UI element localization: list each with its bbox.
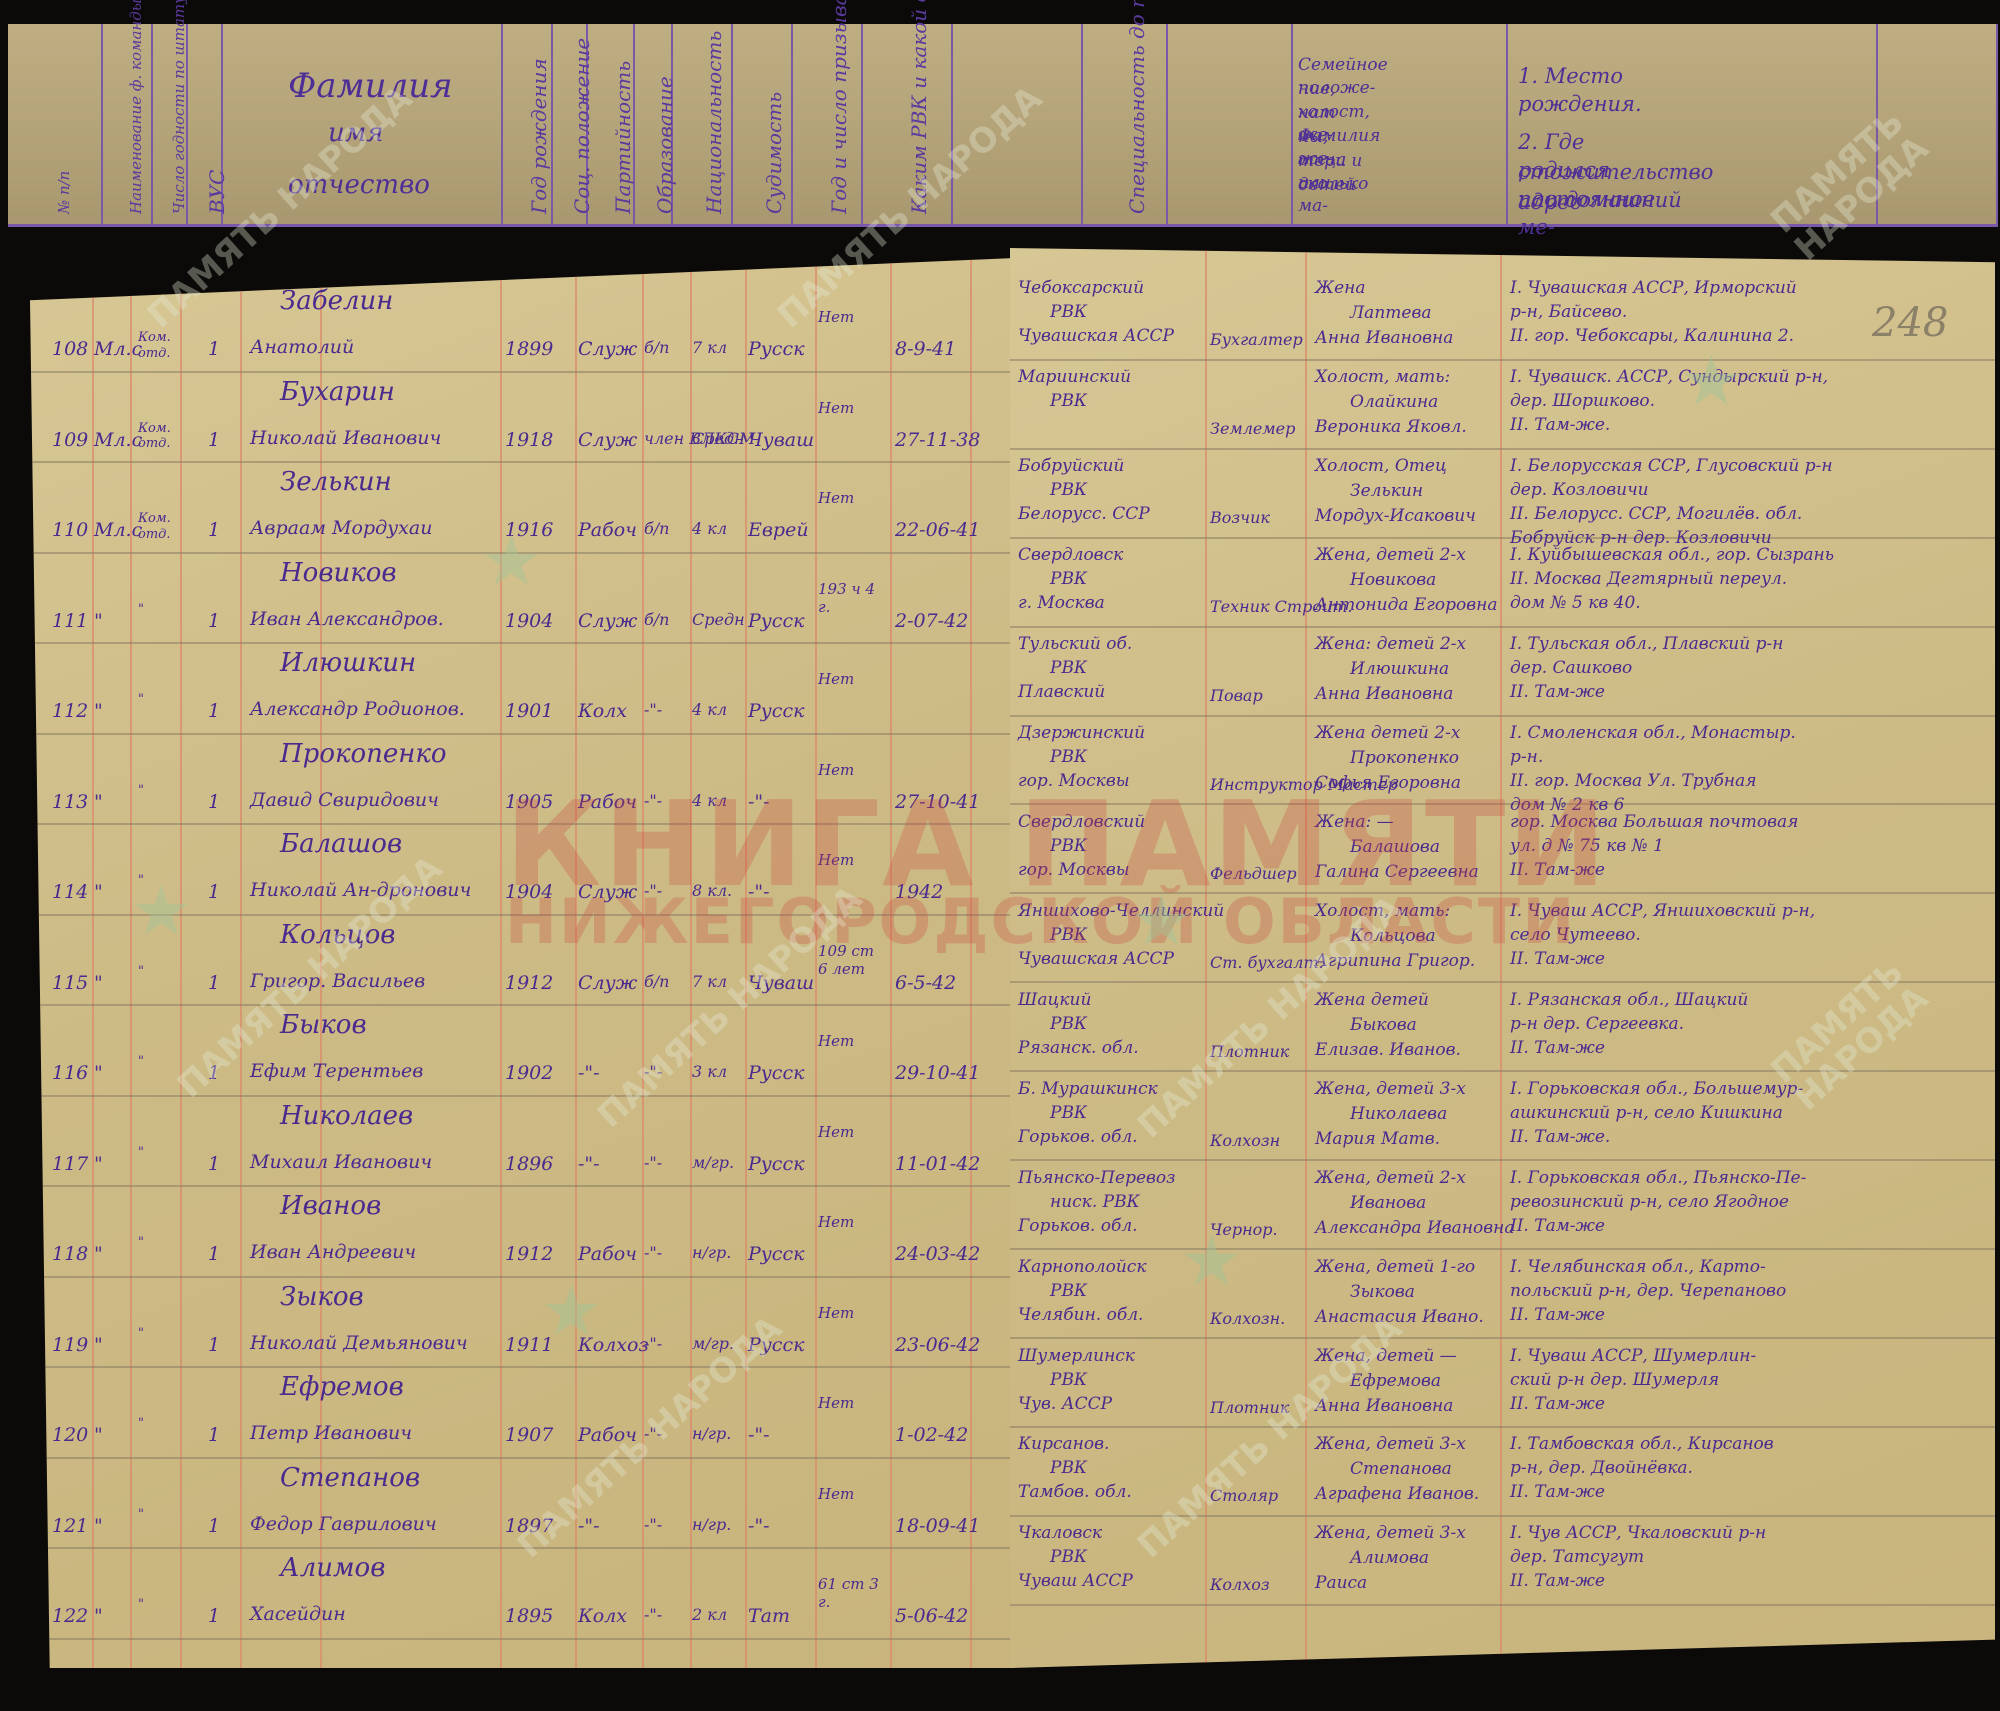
nationality: Русск xyxy=(748,1243,804,1265)
post-cell: Ком. отд. xyxy=(138,421,178,452)
draft-date: 1-02-42 xyxy=(895,1424,968,1446)
row-number: 114 xyxy=(52,881,88,903)
row-number: 119 xyxy=(52,1334,88,1356)
address-line: II. гор. Чебоксары, Калинина 2. xyxy=(1510,324,1794,349)
education: 4 кл xyxy=(692,519,727,538)
party-status: -"- xyxy=(644,1334,662,1353)
row-number: 122 xyxy=(52,1605,88,1627)
rvk-line: РВК xyxy=(1050,300,1087,325)
table-row: Алимов122""1Хасейдин1895Колх-"-2 клТат61… xyxy=(30,1555,1015,1645)
header-label: Судимость xyxy=(762,92,786,214)
first-patronymic: Николай Иванович xyxy=(250,427,441,449)
first-patronymic: Николай Демьянович xyxy=(250,1332,468,1354)
rvk-line: РВК xyxy=(1050,567,1087,592)
family-line: Анна Ивановна xyxy=(1315,682,1453,707)
draft-date: 23-06-42 xyxy=(895,1334,980,1356)
table-row: Илюшкин112""1Александр Родионов.1901Колх… xyxy=(30,650,1015,740)
rvk-line: Пьянско-Перевоз xyxy=(1018,1166,1175,1191)
rvk-line: Чебоксарский xyxy=(1018,276,1144,301)
address-line: I. Тамбовская обл., Кирсанов xyxy=(1510,1432,1774,1457)
address-line: II. Там-же xyxy=(1510,1303,1605,1328)
address-line: II. Белорусс. ССР, Могилёв. обл. xyxy=(1510,502,1802,527)
star-icon: ★ xyxy=(540,1270,603,1352)
party-status: -"- xyxy=(644,1243,662,1262)
family-line: Жена, детей 2-х xyxy=(1315,1166,1466,1191)
rank-cell: " xyxy=(94,1334,103,1356)
address-line: ский р-н дер. Шумерля xyxy=(1510,1368,1719,1393)
rvk-line: Чуваш АССР xyxy=(1018,1569,1133,1594)
rank-cell: " xyxy=(94,700,103,722)
family-line: Иванова xyxy=(1350,1191,1426,1216)
post-cell: Ком. отд. xyxy=(138,511,178,542)
rvk-line: РВК xyxy=(1050,656,1087,681)
family-line: Жена, детей 3-х xyxy=(1315,1432,1466,1457)
first-patronymic: Хасейдин xyxy=(250,1603,346,1625)
post-cell: " xyxy=(138,1326,178,1342)
rvk-line: РВК xyxy=(1050,1279,1087,1304)
family-line: Александра Ивановна xyxy=(1315,1216,1514,1241)
address-line: II. Москва Дегтярный переул. xyxy=(1510,567,1787,592)
row-number: 113 xyxy=(52,791,88,813)
family-line: Жена детей xyxy=(1315,988,1429,1013)
social-status: Рабоч xyxy=(578,1243,637,1265)
nationality: -"- xyxy=(748,1515,770,1537)
rvk-line: Плавский xyxy=(1018,680,1105,705)
first-patronymic: Иван Александров. xyxy=(250,608,444,630)
rvk-line: РВК xyxy=(1050,1456,1087,1481)
conviction: Нет xyxy=(818,1304,888,1322)
row-number: 117 xyxy=(52,1153,88,1175)
header-label: № п/п xyxy=(55,171,73,214)
address-line: дер. Козловичи xyxy=(1510,478,1649,503)
vus-cell: 1 xyxy=(208,1334,220,1356)
birth-year: 1904 xyxy=(505,610,553,632)
family-line: Холост, Отец xyxy=(1315,454,1447,479)
surname-text: Николаев xyxy=(280,1101,413,1131)
birth-year: 1895 xyxy=(505,1605,553,1627)
rvk-line: Чув. АССР xyxy=(1018,1392,1112,1417)
address-line: I. Чув АССР, Чкаловский р-н xyxy=(1510,1521,1766,1546)
party-status: -"- xyxy=(644,700,662,719)
first-patronymic: Иван Андреевич xyxy=(250,1241,416,1263)
address-line: II. Там-же xyxy=(1510,1392,1605,1417)
conviction: Нет xyxy=(818,308,888,326)
address-line: I. Смоленская обл., Монастыр. xyxy=(1510,721,1796,746)
nationality: Русск xyxy=(748,338,804,360)
family-line: Жена, детей 3-х xyxy=(1315,1077,1466,1102)
post-cell: " xyxy=(138,1597,178,1613)
col-family xyxy=(1168,24,1293,224)
party-status: б/п xyxy=(644,972,669,991)
table-row: Ефремов120""1Петр Иванович1907Рабоч-"-н/… xyxy=(30,1374,1015,1464)
family-line: Зыкова xyxy=(1350,1280,1415,1305)
family-line: Вероника Яковл. xyxy=(1315,415,1467,440)
rvk-line: Горьков. обл. xyxy=(1018,1214,1138,1239)
address-line: I. Чуваш АССР, Шумерлин- xyxy=(1510,1344,1756,1369)
rank-cell: " xyxy=(94,1424,103,1446)
rvk-line: г. Москва xyxy=(1018,591,1105,616)
star-icon: ★ xyxy=(130,870,193,952)
post-cell: " xyxy=(138,1054,178,1070)
col-num: № п/п xyxy=(8,24,103,224)
table-row-right: КарнополойскРВКЧелябин. обл.Колхозн.Жена… xyxy=(1010,1255,1995,1348)
rvk-line: Свердловск xyxy=(1018,543,1123,568)
rvk-line: Тамбов. обл. xyxy=(1018,1480,1132,1505)
address-line: II. Там-же. xyxy=(1510,1125,1610,1150)
header-label: Специальность до призыва xyxy=(1125,0,1149,214)
star-icon: ★ xyxy=(1680,340,1743,422)
rank-cell: " xyxy=(94,972,103,994)
party-status: б/п xyxy=(644,519,669,538)
address-line: р-н, Байсево. xyxy=(1510,300,1627,325)
surname-text: Новиков xyxy=(280,558,397,588)
table-row-right: СвердловскРВКг. МоскваТехник Строит.Жена… xyxy=(1010,543,1995,636)
draft-date: 11-01-42 xyxy=(895,1153,980,1175)
conviction: Нет xyxy=(818,1213,888,1231)
social-status: Служ xyxy=(578,972,637,994)
conviction: Нет xyxy=(818,1123,888,1141)
specialty: Повар xyxy=(1210,684,1263,707)
pencil-page-number: 248 xyxy=(1872,300,1948,346)
education: 3 кл xyxy=(692,1062,727,1081)
post-cell: " xyxy=(138,783,178,799)
address-line: I. Белорусская ССР, Глусовский р-н xyxy=(1510,454,1833,479)
conviction: 61 ст 3 г. xyxy=(818,1575,888,1611)
vus-cell: 1 xyxy=(208,881,220,903)
family-line: Илюшкина xyxy=(1350,657,1449,682)
education: н/гр. xyxy=(692,1424,731,1443)
col-nationality: Национальность xyxy=(673,24,733,224)
birth-year: 1907 xyxy=(505,1424,553,1446)
family-line: Жена xyxy=(1315,276,1366,301)
family-line: Мордух-Исакович xyxy=(1315,504,1476,529)
education: м/гр. xyxy=(692,1153,734,1172)
rvk-line: РВК xyxy=(1050,1012,1087,1037)
surname-text: Иванов xyxy=(280,1191,381,1221)
draft-date: 22-06-41 xyxy=(895,519,980,541)
rank-cell: Мл.с xyxy=(94,338,142,360)
address-line: дер. Татсугут xyxy=(1510,1545,1644,1570)
address-line: дер. Шоршково. xyxy=(1510,389,1655,414)
rvk-line: РВК xyxy=(1050,1101,1087,1126)
surname-text: Илюшкин xyxy=(280,648,416,678)
birth-year: 1901 xyxy=(505,700,553,722)
birth-year: 1918 xyxy=(505,429,553,451)
nationality: Русск xyxy=(748,1153,804,1175)
table-row-right: Тульский об.РВКПлавскийПоварЖена: детей … xyxy=(1010,632,1995,725)
party-status: б/п xyxy=(644,610,669,629)
vus-cell: 1 xyxy=(208,972,220,994)
rank-cell: " xyxy=(94,1243,103,1265)
rvk-line: Чувашская АССР xyxy=(1018,324,1174,349)
table-row-right: МариинскийРВКЗемлемерХолост, мать:Олайки… xyxy=(1010,365,1995,458)
star-icon: ★ xyxy=(480,520,543,602)
conviction: 193 ч 4 г. xyxy=(818,580,888,616)
surname-text: Балашов xyxy=(280,829,402,859)
family-line: Алимова xyxy=(1350,1546,1429,1571)
family-line: Новикова xyxy=(1350,568,1436,593)
col-vus: ВУС xyxy=(188,24,223,224)
table-row: Зыков119""1Николай Демьянович1911Колхоз-… xyxy=(30,1284,1015,1374)
rank-cell: " xyxy=(94,1153,103,1175)
row-number: 109 xyxy=(52,429,88,451)
first-patronymic: Петр Иванович xyxy=(250,1422,412,1444)
rank-cell: " xyxy=(94,1515,103,1537)
table-row-right: ШумерлинскРВКЧув. АССРПлотникЖена, детей… xyxy=(1010,1344,1995,1437)
col-specialty: Специальность до призыва xyxy=(1083,24,1168,224)
birth-year: 1912 xyxy=(505,1243,553,1265)
family-line: Жена, детей 1-го xyxy=(1315,1255,1475,1280)
social-status: Рабоч xyxy=(578,519,637,541)
conviction: Нет xyxy=(818,489,888,507)
rvk-line: РВК xyxy=(1050,478,1087,503)
row-number: 116 xyxy=(52,1062,88,1084)
surname-text: Забелин xyxy=(280,286,393,316)
specialty: Возчик xyxy=(1210,506,1270,529)
vus-cell: 1 xyxy=(208,429,220,451)
surname-text: Ефремов xyxy=(280,1372,404,1402)
address-line: I. Рязанская обл., Шацкий xyxy=(1510,988,1748,1013)
table-row-right: ЧебоксарскийРВКЧувашская АССРБухгалтерЖе… xyxy=(1010,276,1995,369)
table-row: Николаев117""1Михаил Иванович1896-"--"-м… xyxy=(30,1103,1015,1193)
family-line: Антонида Егоровна xyxy=(1315,593,1497,618)
rvk-line: РВК xyxy=(1050,745,1087,770)
education: н/гр. xyxy=(692,1515,731,1534)
draft-date: 18-09-41 xyxy=(895,1515,980,1537)
party-status: -"- xyxy=(644,1605,662,1624)
vus-cell: 1 xyxy=(208,1424,220,1446)
rank-cell: " xyxy=(94,881,103,903)
row-number: 112 xyxy=(52,700,88,722)
header-label: Партийность xyxy=(611,61,635,214)
draft-date: 27-11-38 xyxy=(895,429,980,451)
header-family-line: детей xyxy=(1298,174,1356,197)
draft-date: 24-03-42 xyxy=(895,1243,980,1265)
address-line: I. Куйбышевская обл., гор. Сызрань xyxy=(1510,543,1834,568)
rvk-line: Чкаловск xyxy=(1018,1521,1102,1546)
first-patronymic: Михаил Иванович xyxy=(250,1151,432,1173)
social-status: -"- xyxy=(578,1153,600,1175)
rvk-line: РВК xyxy=(1050,1368,1087,1393)
social-status: Служ xyxy=(578,429,637,451)
address-line: II. Там-же xyxy=(1510,1480,1605,1505)
rvk-line: Шумерлинск xyxy=(1018,1344,1135,1369)
conviction: Нет xyxy=(818,1394,888,1412)
vus-cell: 1 xyxy=(208,519,220,541)
rvk-line: Белорусс. ССР xyxy=(1018,502,1150,527)
rvk-line: Карнополойск xyxy=(1018,1255,1146,1280)
post-cell: " xyxy=(138,1416,178,1432)
rvk-line: Челябин. обл. xyxy=(1018,1303,1143,1328)
rank-cell: " xyxy=(94,1062,103,1084)
address-line: I. Горьковская обл., Пьянско-Пе- xyxy=(1510,1166,1806,1191)
surname-text: Зелькин xyxy=(280,467,392,497)
rvk-line: Б. Мурашкинск xyxy=(1018,1077,1158,1102)
address-line: р-н дер. Сергеевка. xyxy=(1510,1012,1684,1037)
education: Средн xyxy=(692,429,745,448)
first-patronymic: Авраам Мордухаи xyxy=(250,517,432,539)
col-education: Образование xyxy=(635,24,673,224)
nationality: -"- xyxy=(748,1424,770,1446)
row-number: 108 xyxy=(52,338,88,360)
education: н/гр. xyxy=(692,1243,731,1262)
rvk-line: Горьков. обл. xyxy=(1018,1125,1138,1150)
row-number: 121 xyxy=(52,1515,88,1537)
social-status: Колх xyxy=(578,1605,627,1627)
header-label: Год рождения xyxy=(527,58,551,214)
row-number: 115 xyxy=(52,972,88,994)
rvk-line: ниск. РВК xyxy=(1050,1190,1140,1215)
nationality: Русск xyxy=(748,610,804,632)
family-line: Жена детей 2-х xyxy=(1315,721,1460,746)
draft-date: 8-9-41 xyxy=(895,338,956,360)
surname-text: Бухарин xyxy=(280,377,395,407)
star-icon: ★ xyxy=(1180,1220,1243,1302)
row-number: 120 xyxy=(52,1424,88,1446)
party-status: -"- xyxy=(644,1153,662,1172)
family-line: Зелькин xyxy=(1350,479,1423,504)
rvk-line: Мариинский xyxy=(1018,365,1131,390)
vus-cell: 1 xyxy=(208,338,220,360)
row-number: 110 xyxy=(52,519,88,541)
address-line: польский р-н, дер. Черепаново xyxy=(1510,1279,1786,1304)
family-line: Аграфена Иванов. xyxy=(1315,1482,1479,1507)
birth-year: 1912 xyxy=(505,972,553,994)
address-line: I. Чувашск. АССР, Сундырский р-н, xyxy=(1510,365,1828,390)
vus-cell: 1 xyxy=(208,700,220,722)
specialty: Землемер xyxy=(1210,417,1295,440)
col-fitness: Число годности по штату xyxy=(153,24,188,224)
draft-date: 6-5-42 xyxy=(895,972,956,994)
post-cell: " xyxy=(138,964,178,980)
family-line: Олайкина xyxy=(1350,390,1438,415)
family-line: Прокопенко xyxy=(1350,746,1459,771)
birth-year: 1902 xyxy=(505,1062,553,1084)
rvk-line: РВК xyxy=(1050,1545,1087,1570)
rank-cell: Мл.с xyxy=(94,429,142,451)
party-status: -"- xyxy=(644,1515,662,1534)
address-line: II. Там-же xyxy=(1510,1036,1605,1061)
address-line: II. Там-же xyxy=(1510,680,1605,705)
draft-date: 5-06-42 xyxy=(895,1605,968,1627)
star-icon: ★ xyxy=(1130,880,1193,962)
table-row: Иванов118""1Иван Андреевич1912Рабоч-"-н/… xyxy=(30,1193,1015,1283)
vus-cell: 1 xyxy=(208,791,220,813)
header-label: Год и число призыва xyxy=(827,0,851,214)
conviction: Нет xyxy=(818,1485,888,1503)
family-line: Мария Матв. xyxy=(1315,1127,1440,1152)
family-line: Николаева xyxy=(1350,1102,1447,1127)
family-line: Жена, детей 2-х xyxy=(1315,543,1466,568)
conviction: Нет xyxy=(818,399,888,417)
specialty: Колхозн xyxy=(1210,1129,1280,1152)
rvk-line: Бобруйский xyxy=(1018,454,1124,479)
address-line: дер. Сашково xyxy=(1510,656,1632,681)
rvk-line: РВК xyxy=(1050,389,1087,414)
social-status: Служ xyxy=(578,610,637,632)
address-line: II. Там-же xyxy=(1510,1569,1605,1594)
education: 4 кл xyxy=(692,700,727,719)
vus-cell: 1 xyxy=(208,1515,220,1537)
draft-date: 29-10-41 xyxy=(895,1062,980,1084)
rank-cell: " xyxy=(94,610,103,632)
nationality: Еврей xyxy=(748,519,809,541)
address-line: I. Тульская обл., Плавский р-н xyxy=(1510,632,1783,657)
header-address-line: 1. Место рождения. xyxy=(1518,62,1642,119)
specialty: Колхоз xyxy=(1210,1573,1270,1596)
conviction: Нет xyxy=(818,670,888,688)
table-row-right: Пьянско-Перевозниск. РВКГорьков. обл.Чер… xyxy=(1010,1166,1995,1259)
specialty: Колхозн. xyxy=(1210,1307,1285,1330)
address-line: дом № 5 кв 40. xyxy=(1510,591,1641,616)
rvk-line: Тульский об. xyxy=(1018,632,1132,657)
family-line: Анна Ивановна xyxy=(1315,326,1453,351)
header-label: Число годности по штату xyxy=(170,0,188,214)
family-line: Степанова xyxy=(1350,1457,1452,1482)
header-label: Наименование ф. команды по штату и звани… xyxy=(127,0,145,214)
post-cell: " xyxy=(138,1145,178,1161)
nationality: Русск xyxy=(748,1062,804,1084)
first-patronymic: Анатолий xyxy=(250,336,354,358)
family-line: Лаптева xyxy=(1350,301,1431,326)
education: 2 кл xyxy=(692,1605,727,1624)
rvk-line: Кирсанов. xyxy=(1018,1432,1109,1457)
rank-cell: " xyxy=(94,791,103,813)
col-conviction: Судимость xyxy=(733,24,793,224)
family-line: Елизав. Иванов. xyxy=(1315,1038,1461,1063)
vus-cell: 1 xyxy=(208,610,220,632)
row-number: 118 xyxy=(52,1243,88,1265)
social-status: Служ xyxy=(578,338,637,360)
surname-text: Прокопенко xyxy=(280,739,447,769)
draft-date: 2-07-42 xyxy=(895,610,968,632)
address-line: II. Там-же. xyxy=(1510,413,1610,438)
birth-year: 1896 xyxy=(505,1153,553,1175)
rank-cell: " xyxy=(94,1605,103,1627)
table-row-right: БобруйскийРВКБелорусс. ССРВозчикХолост, … xyxy=(1010,454,1995,547)
first-patronymic: Федор Гаврилович xyxy=(250,1513,437,1535)
surname-text: Алимов xyxy=(280,1553,385,1583)
surname-text: Степанов xyxy=(280,1463,420,1493)
nationality: Тат xyxy=(748,1605,790,1627)
col-team: Наименование ф. команды по штату и звани… xyxy=(103,24,153,224)
first-patronymic: Давид Свиридович xyxy=(250,789,439,811)
header-address-line: адрес xyxy=(1518,188,1581,216)
first-patronymic: Ефим Терентьев xyxy=(250,1060,423,1082)
col-social: Соц. положение xyxy=(553,24,588,224)
rvk-line: Шацкий xyxy=(1018,988,1091,1013)
conviction: Нет xyxy=(818,1032,888,1050)
family-line: Жена: детей 2-х xyxy=(1315,632,1466,657)
post-cell: Ком. отд. xyxy=(138,330,178,361)
surname-text: Зыков xyxy=(280,1282,364,1312)
post-cell: " xyxy=(138,1235,178,1251)
social-status: Колх xyxy=(578,700,627,722)
col-party: Партийность xyxy=(588,24,635,224)
row-number: 111 xyxy=(52,610,88,632)
family-line: Холост, мать: xyxy=(1315,365,1450,390)
vus-cell: 1 xyxy=(208,1153,220,1175)
family-line: Быкова xyxy=(1350,1013,1417,1038)
vus-cell: 1 xyxy=(208,1243,220,1265)
post-cell: " xyxy=(138,692,178,708)
nationality: Чуваш xyxy=(748,429,814,451)
col-birth-year: Год рождения xyxy=(503,24,553,224)
education: Средн xyxy=(692,610,745,629)
watermark-main-line2: НИЖЕГОРОДСКОЙ ОБЛАСТИ xyxy=(505,885,1576,958)
table-row: Быков116""1Ефим Терентьев1902-"--"-3 клР… xyxy=(30,1012,1015,1102)
social-status: -"- xyxy=(578,1062,600,1084)
